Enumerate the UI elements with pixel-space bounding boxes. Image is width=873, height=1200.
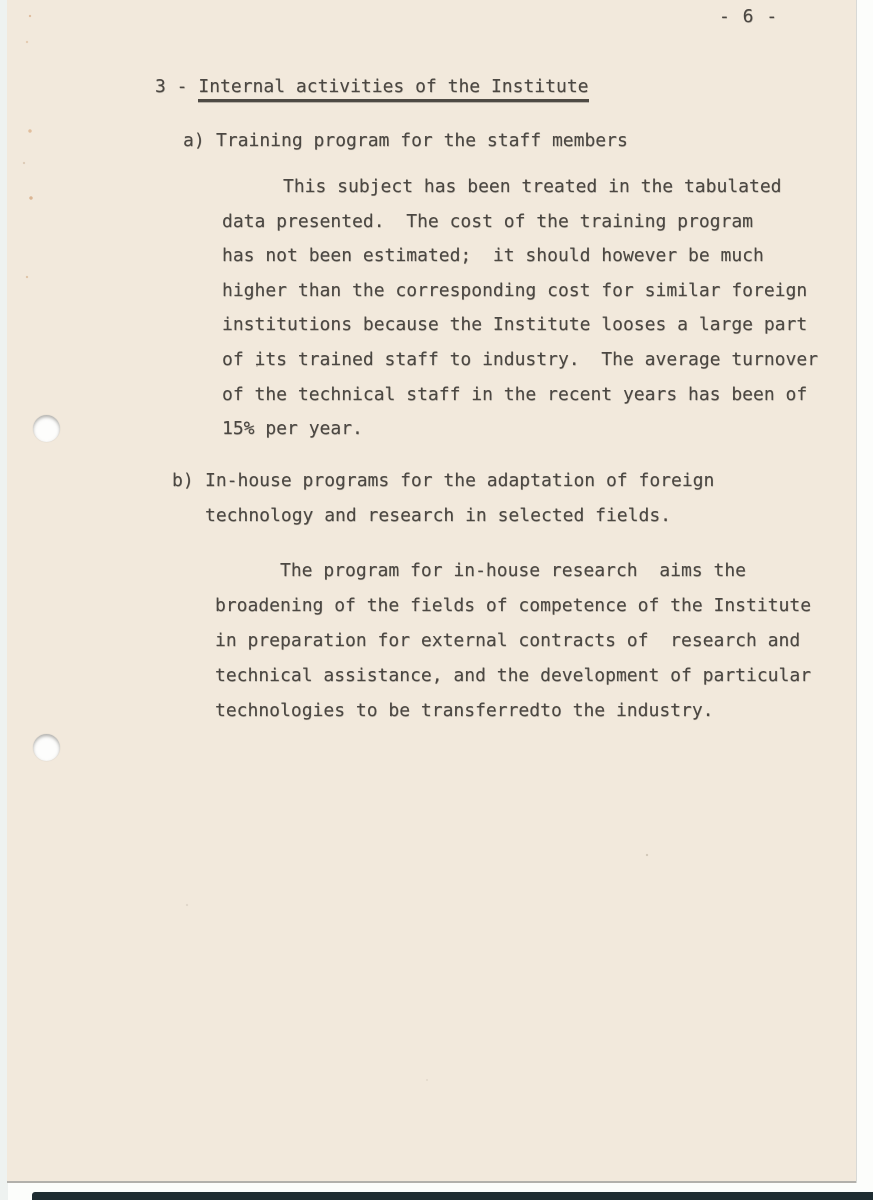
paragraph-b: The program for in-house research aims t… — [215, 553, 811, 728]
item-b-title: In-house programs for the adaptation of … — [205, 464, 714, 533]
text-line: broadening of the fields of competence o… — [215, 588, 811, 623]
item-b-label: b) — [172, 464, 194, 533]
punch-hole-top — [33, 415, 60, 442]
heading-number: 3 - — [155, 76, 198, 97]
text-line: higher than the corresponding cost for s… — [222, 274, 818, 309]
text-line: technology and research in selected fiel… — [205, 499, 714, 534]
punch-hole-bottom — [33, 734, 60, 761]
text-line: has not been estimated; it should howeve… — [222, 239, 818, 274]
section-heading: 3 - Internal activities of the Institute — [155, 76, 589, 97]
heading-title: Internal activities of the Institute — [198, 76, 588, 102]
list-item-b: b) In-house programs for the adaptation … — [172, 464, 714, 533]
text-line: data presented. The cost of the training… — [222, 205, 818, 240]
text-line: This subject has been treated in the tab… — [222, 170, 818, 205]
page-number: - 6 - — [719, 6, 778, 27]
text-line: of the technical staff in the recent yea… — [222, 378, 818, 413]
text-line: The program for in-house research aims t… — [215, 553, 811, 588]
text-line: in preparation for external contracts of… — [215, 623, 811, 658]
item-a-label: a) — [183, 124, 205, 159]
scanned-document-view: - 6 - 3 - Internal activities of the Ins… — [0, 0, 873, 1200]
text-line: 15% per year. — [222, 412, 818, 447]
text-line: technical assistance, and the developmen… — [215, 658, 811, 693]
item-a-title: Training program for the staff members — [216, 124, 628, 159]
text-line: institutions because the Institute loose… — [222, 308, 818, 343]
document-page: - 6 - 3 - Internal activities of the Ins… — [7, 0, 856, 1183]
text-line: of its trained staff to industry. The av… — [222, 343, 818, 378]
paragraph-a: This subject has been treated in the tab… — [222, 170, 818, 447]
list-item-a: a) Training program for the staff member… — [183, 124, 628, 159]
text-line: In-house programs for the adaptation of … — [205, 464, 714, 499]
text-line: technologies to be transferredto the ind… — [215, 693, 811, 728]
scanner-bottom-bar — [32, 1192, 873, 1200]
